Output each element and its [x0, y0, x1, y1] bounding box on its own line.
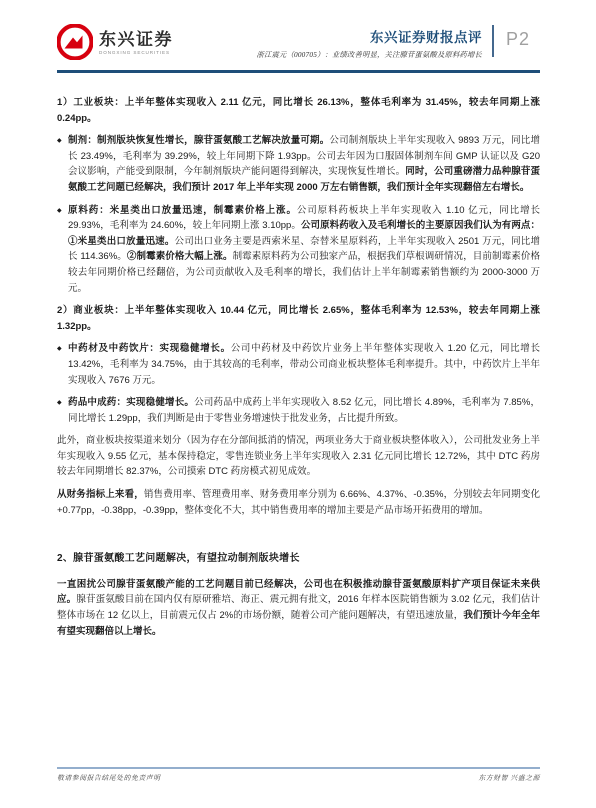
- footer-slogan: 东方财智 兴盛之源: [479, 772, 540, 782]
- text-run: 此外，商业板块按渠道来划分（因为存在分部间抵消的情况，两项业务大于商业板块整体收…: [57, 435, 540, 477]
- bullet-content: 原料药：米星类出口放量迅速，制霉素价格上涨。公司原料药板块上半年实现收入 1.1…: [68, 203, 540, 297]
- section-heading-2: 2、腺苷蛋氨酸工艺问题解决，有望拉动制剂版块增长: [57, 551, 540, 567]
- paragraph-financial-indicators: 从财务指标上来看，销售费用率、管理费用率、财务费用率分别为 6.66%、4.37…: [57, 487, 540, 518]
- footer-disclaimer: 敬请参阅报告结尾处的免责声明: [57, 772, 161, 782]
- paragraph-industrial-overview: 1）工业板块：上半年整体实现收入 2.11 亿元，同比增长 26.13%，整体毛…: [57, 95, 540, 126]
- header-rule: [57, 70, 540, 73]
- page-footer: 敬请参阅报告结尾处的免责声明 东方财智 兴盛之源: [57, 772, 540, 782]
- bullet-content: 制剂：制剂版块恢复性增长，腺苷蛋氨酸工艺解决放量可期。公司制剂版块上半年实现收入…: [68, 133, 540, 195]
- text-run: 从财务指标上来看，: [57, 489, 144, 500]
- text-run: 中药材及中药饮片：实现稳健增长。: [68, 343, 231, 354]
- brand-logo: 东兴证券 DONGXING SECURITIES: [57, 24, 173, 60]
- paragraph-commercial-overview: 2）商业板块：上半年整体实现收入 10.44 亿元，同比增长 2.65%，整体毛…: [57, 303, 540, 334]
- page-number: P2: [506, 24, 542, 50]
- bullet-preparations: ◆制剂：制剂版块恢复性增长，腺苷蛋氨酸工艺解决放量可期。公司制剂版块上半年实现收…: [57, 133, 540, 195]
- brand-name-cn: 东兴证券: [99, 30, 173, 49]
- brand-name-en: DONGXING SECURITIES: [99, 50, 173, 55]
- report-subtitle: 浙江震元（000705）：业绩改善明显，关注腺苷蛋氨酸及原料药增长: [256, 50, 482, 60]
- bullet-patent-medicine: ◆药品中成药：实现稳健增长。公司药品中成药上半年实现收入 8.52 亿元，同比增…: [57, 395, 540, 426]
- bullet-api: ◆原料药：米星类出口放量迅速，制霉素价格上涨。公司原料药板块上半年实现收入 1.…: [57, 203, 540, 297]
- report-type: 东兴证券财报点评: [256, 26, 482, 46]
- page-header: 东兴证券 DONGXING SECURITIES 东兴证券财报点评 浙江震元（0…: [57, 24, 542, 60]
- bullet-icon: ◆: [57, 203, 68, 297]
- dongxing-logo-icon: [57, 24, 93, 60]
- brand-text: 东兴证券 DONGXING SECURITIES: [99, 30, 173, 55]
- report-page: 东兴证券 DONGXING SECURITIES 东兴证券财报点评 浙江震元（0…: [0, 0, 596, 808]
- report-title-block: 东兴证券财报点评 浙江震元（000705）：业绩改善明显，关注腺苷蛋氨酸及原料药…: [256, 24, 482, 60]
- text-run: 原料药：米星类出口放量迅速，制霉素价格上涨。: [68, 205, 297, 216]
- text-run: 1）工业板块：上半年整体实现收入 2.11 亿元，同比增长 26.13%，整体毛…: [57, 97, 540, 124]
- text-run: ②制霉素价格大幅上涨。: [127, 251, 233, 262]
- text-run: 药品中成药：实现稳健增长。: [68, 397, 194, 408]
- bullet-icon: ◆: [57, 133, 68, 195]
- bullet-tcm: ◆中药材及中药饮片：实现稳健增长。公司中药材及中药饮片业务上半年整体实现收入 1…: [57, 341, 540, 388]
- bullet-content: 药品中成药：实现稳健增长。公司药品中成药上半年实现收入 8.52 亿元，同比增长…: [68, 395, 540, 426]
- bullet-icon: ◆: [57, 395, 68, 426]
- bullet-content: 中药材及中药饮片：实现稳健增长。公司中药材及中药饮片业务上半年整体实现收入 1.…: [68, 341, 540, 388]
- report-body: 1）工业板块：上半年整体实现收入 2.11 亿元，同比增长 26.13%，整体毛…: [57, 95, 540, 646]
- bullet-icon: ◆: [57, 341, 68, 388]
- paragraph-ademetionine: 一直困扰公司腺苷蛋氨酸产能的工艺问题目前已经解决，公司也在积极推动腺苷蛋氨酸原料…: [57, 577, 540, 639]
- paragraph-channel-split: 此外，商业板块按渠道来划分（因为存在分部间抵消的情况，两项业务大于商业板块整体收…: [57, 433, 540, 480]
- header-divider: [492, 25, 494, 57]
- footer-rule: [57, 767, 540, 769]
- text-run: 2）商业板块：上半年整体实现收入 10.44 亿元，同比增长 2.65%，整体毛…: [57, 305, 540, 332]
- text-run: 制剂：制剂版块恢复性增长，腺苷蛋氨酸工艺解决放量可期。: [68, 135, 329, 146]
- text-run: 2、腺苷蛋氨酸工艺问题解决，有望拉动制剂版块增长: [57, 553, 300, 564]
